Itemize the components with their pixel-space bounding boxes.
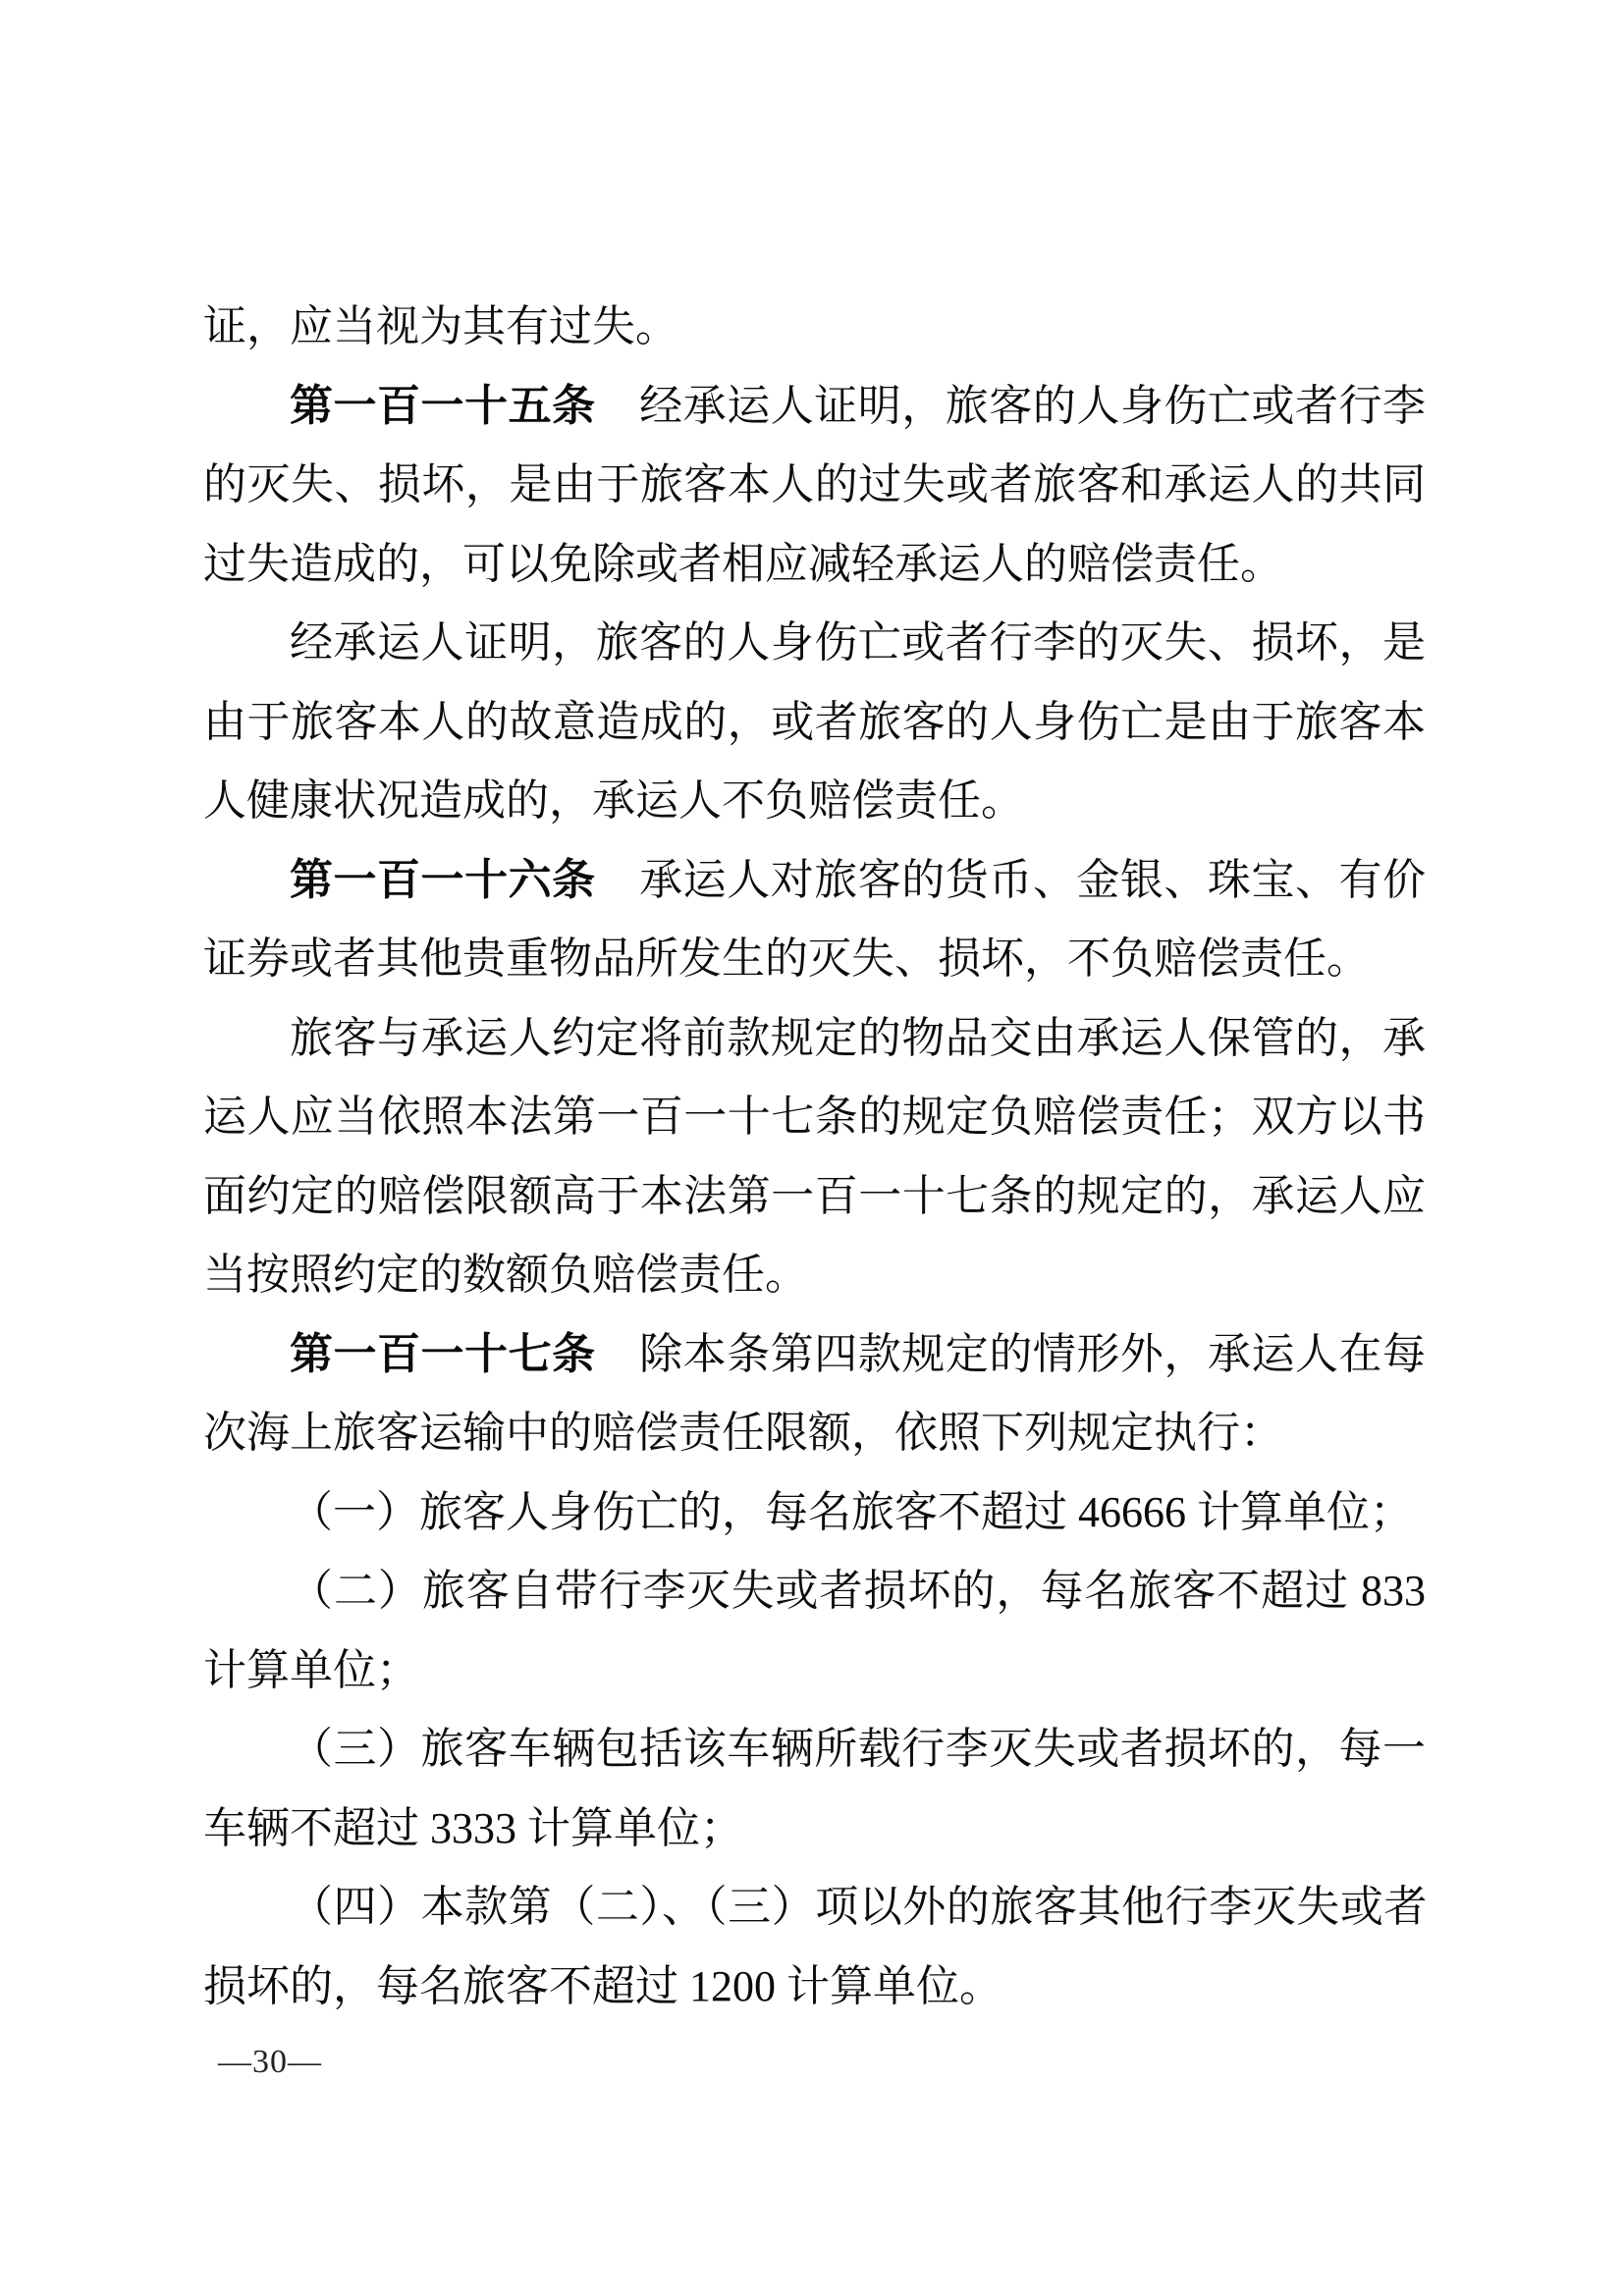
text-line: （三）旅客车辆包括该车辆所载行李灭失或者损坏的，每一 <box>203 1710 1426 1789</box>
text-line: 损坏的，每名旅客不超过 1200 计算单位。 <box>203 1948 1426 2027</box>
text-segment: 运人应当依照本法第一百一十七条的规定负赔偿责任；双方以书 <box>203 1093 1426 1141</box>
text-line: 旅客与承运人约定将前款规定的物品交由承运人保管的，承 <box>203 999 1426 1079</box>
text-segment: 承运人对旅客的货币、金银、珠宝、有价 <box>596 856 1426 904</box>
text-segment: 车辆不超过 3333 计算单位； <box>203 1804 743 1852</box>
text-segment: 证，应当视为其有过失。 <box>203 302 678 350</box>
article-number: 第一百一十六条 <box>290 856 596 904</box>
text-line: 次海上旅客运输中的赔偿责任限额，依照下列规定执行： <box>203 1394 1426 1473</box>
text-segment: 的灭失、损坏，是由于旅客本人的过失或者旅客和承运人的共同 <box>203 460 1426 508</box>
text-line: 当按照约定的数额负赔偿责任。 <box>203 1236 1426 1315</box>
text-segment: 证券或者其他贵重物品所发生的灭失、损坏，不负赔偿责任。 <box>203 934 1370 983</box>
text-line: 运人应当依照本法第一百一十七条的规定负赔偿责任；双方以书 <box>203 1078 1426 1157</box>
text-segment: （二）旅客自带行李灭失或者损坏的，每名旅客不超过 833 <box>290 1567 1426 1615</box>
text-segment: 计算单位； <box>203 1646 419 1694</box>
article-number: 第一百一十五条 <box>290 382 596 430</box>
text-line: 证券或者其他贵重物品所发生的灭失、损坏，不负赔偿责任。 <box>203 920 1426 999</box>
text-line: 车辆不超过 3333 计算单位； <box>203 1789 1426 1869</box>
text-segment: 过失造成的，可以免除或者相应减轻承运人的赔偿责任。 <box>203 540 1283 588</box>
text-line: 经承运人证明，旅客的人身伤亡或者行李的灭失、损坏，是 <box>203 604 1426 683</box>
text-segment: 旅客与承运人约定将前款规定的物品交由承运人保管的，承 <box>290 1014 1426 1062</box>
text-line: 第一百一十五条 经承运人证明，旅客的人身伤亡或者行李 <box>203 367 1426 447</box>
text-line: 由于旅客本人的故意造成的，或者旅客的人身伤亡是由于旅客本 <box>203 683 1426 763</box>
document-page: 证，应当视为其有过失。 第一百一十五条 经承运人证明，旅客的人身伤亡或者行李 的… <box>0 0 1624 2296</box>
text-line: 人健康状况造成的，承运人不负赔偿责任。 <box>203 762 1426 841</box>
text-line: 证，应当视为其有过失。 <box>203 288 1426 367</box>
text-segment: 经承运人证明，旅客的人身伤亡或者行李的灭失、损坏，是 <box>290 618 1426 667</box>
text-line: 第一百一十七条 除本条第四款规定的情形外，承运人在每 <box>203 1315 1426 1395</box>
page-number: —30— <box>218 2044 322 2080</box>
text-segment: 当按照约定的数额负赔偿责任。 <box>203 1251 808 1299</box>
text-line: （一）旅客人身伤亡的，每名旅客不超过 46666 计算单位； <box>203 1473 1426 1553</box>
text-segment: 由于旅客本人的故意造成的，或者旅客的人身伤亡是由于旅客本 <box>203 698 1426 746</box>
text-line: （二）旅客自带行李灭失或者损坏的，每名旅客不超过 833 <box>203 1552 1426 1631</box>
text-segment: 面约定的赔偿限额高于本法第一百一十七条的规定的，承运人应 <box>203 1172 1426 1220</box>
text-line: 面约定的赔偿限额高于本法第一百一十七条的规定的，承运人应 <box>203 1157 1426 1237</box>
article-number: 第一百一十七条 <box>290 1330 596 1378</box>
text-block: 证，应当视为其有过失。 第一百一十五条 经承运人证明，旅客的人身伤亡或者行李 的… <box>203 288 1426 2026</box>
text-segment: 损坏的，每名旅客不超过 1200 计算单位。 <box>203 1962 1002 2010</box>
text-line: 第一百一十六条 承运人对旅客的货币、金银、珠宝、有价 <box>203 841 1426 921</box>
text-segment: 除本条第四款规定的情形外，承运人在每 <box>596 1330 1426 1378</box>
text-line: （四）本款第（二）、（三）项以外的旅客其他行李灭失或者 <box>203 1868 1426 1948</box>
text-segment: （一）旅客人身伤亡的，每名旅客不超过 46666 计算单位； <box>290 1488 1413 1536</box>
text-segment: （三）旅客车辆包括该车辆所载行李灭失或者损坏的，每一 <box>290 1725 1426 1773</box>
text-segment: 次海上旅客运输中的赔偿责任限额，依照下列规定执行： <box>203 1409 1283 1457</box>
text-line: 计算单位； <box>203 1631 1426 1711</box>
text-segment: 经承运人证明，旅客的人身伤亡或者行李 <box>596 382 1426 430</box>
text-segment: 人健康状况造成的，承运人不负赔偿责任。 <box>203 776 1024 825</box>
text-line: 过失造成的，可以免除或者相应减轻承运人的赔偿责任。 <box>203 525 1426 605</box>
text-line: 的灭失、损坏，是由于旅客本人的过失或者旅客和承运人的共同 <box>203 446 1426 525</box>
text-segment: （四）本款第（二）、（三）项以外的旅客其他行李灭失或者 <box>290 1883 1426 1931</box>
